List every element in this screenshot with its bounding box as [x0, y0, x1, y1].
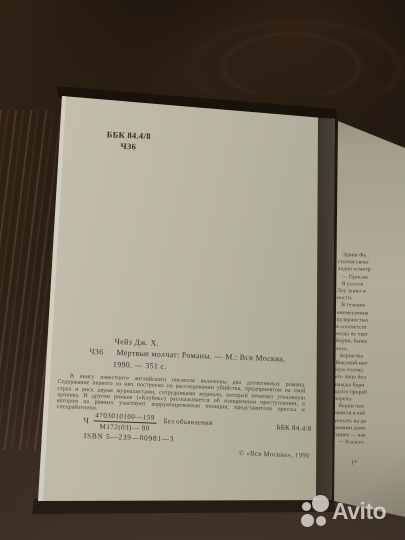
wood-swirl-texture [120, 0, 405, 95]
avito-logo-dot [316, 516, 326, 526]
avito-watermark: Avito [296, 491, 405, 540]
entry-code: Ч36 [89, 346, 104, 358]
bbk-classification-block: ББК 84.4/8 Ч36 [98, 129, 159, 153]
right-page-text-column: Эдвин Фастолом своеглодно осмотр — Приса… [333, 252, 405, 468]
footnote-mark: 1* [351, 461, 400, 468]
catalog-note: Без объявления [164, 418, 213, 427]
catalog-letter: Ч [83, 416, 89, 425]
catalog-bbk: ББК 84.4/8 [276, 423, 311, 432]
book-photo-scene: ББК 84.4/8 Ч36 Чейз Дж. Х. Ч36 Мертвые м… [0, 0, 405, 540]
avito-logo-dot [301, 514, 314, 527]
avito-logo-dot [302, 502, 311, 511]
avito-brand-text: Avito [332, 498, 386, 525]
right-page-text-line: — В насто [334, 439, 401, 448]
avito-logo-dot [312, 495, 329, 512]
avito-dots-logo-icon [296, 491, 332, 531]
catalog-fraction: 4703010100—159 М172(03)— 90 [93, 411, 157, 432]
